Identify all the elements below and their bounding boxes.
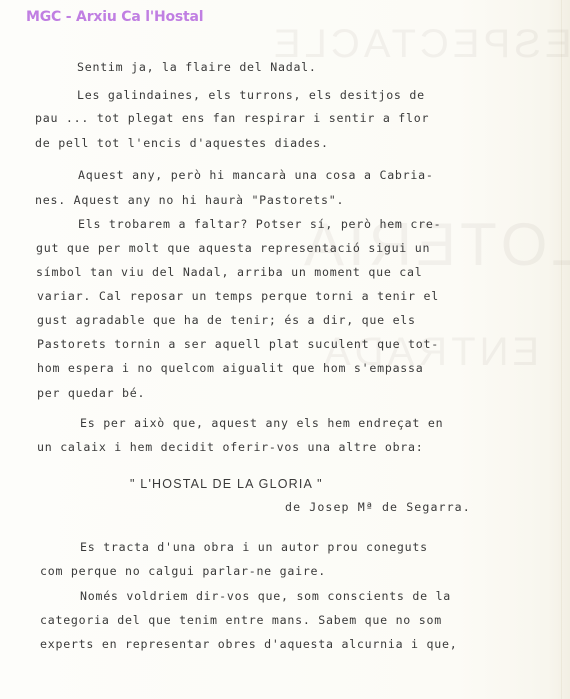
- scanned-page: ESPECTACLE LOTERIA ENTRADA MGC - Arxiu C…: [0, 0, 570, 699]
- text-line: gust agradable que ha de tenir; és a dir…: [37, 313, 416, 327]
- text-line: experts en representar obres d'aquesta a…: [40, 637, 457, 651]
- text-line: Aquest any, però hi mancarà una cosa a C…: [78, 168, 434, 182]
- play-title: " L'HOSTAL DE LA GLORIA ": [130, 477, 323, 491]
- text-line: Sentim ja, la flaire del Nadal.: [77, 60, 317, 74]
- page-edge: [561, 0, 562, 699]
- text-line: categoria del que tenim entre mans. Sabe…: [40, 613, 442, 627]
- archive-watermark: MGC - Arxiu Ca l'Hostal: [26, 9, 203, 25]
- text-line: Es tracta d'una obra i un autor prou con…: [80, 540, 428, 554]
- text-line: Pastorets tornin a ser aquell plat sucul…: [37, 337, 439, 351]
- text-line: Només voldriem dir-vos que, som conscien…: [80, 589, 451, 603]
- text-line: Es per això que, aquest any els hem endr…: [80, 416, 443, 430]
- text-line: Les galindaines, els turrons, els desitj…: [77, 88, 425, 102]
- text-line: un calaix i hem decidit oferir-vos una a…: [37, 440, 424, 454]
- text-line: pau ... tot plegat ens fan respirar i se…: [35, 111, 429, 125]
- text-line: variar. Cal reposar un temps perque torn…: [37, 289, 439, 303]
- text-line: de pell tot l'encis d'aquestes diades.: [35, 136, 329, 150]
- text-line: nes. Aquest any no hi haurà "Pastorets".: [35, 193, 344, 207]
- text-line: símbol tan viu del Nadal, arriba un mome…: [36, 265, 423, 279]
- text-line: com perque no calgui parlar-ne gaire.: [40, 564, 326, 578]
- text-line: gut que per molt que aquesta representac…: [36, 241, 430, 255]
- text-line: Els trobarem a faltar? Potser sí, però h…: [78, 217, 441, 231]
- text-line: hom espera i no quelcom aigualit que hom…: [37, 361, 424, 375]
- play-author: de Josep Mª de Segarra.: [285, 500, 471, 514]
- text-line: per quedar bé.: [37, 386, 145, 400]
